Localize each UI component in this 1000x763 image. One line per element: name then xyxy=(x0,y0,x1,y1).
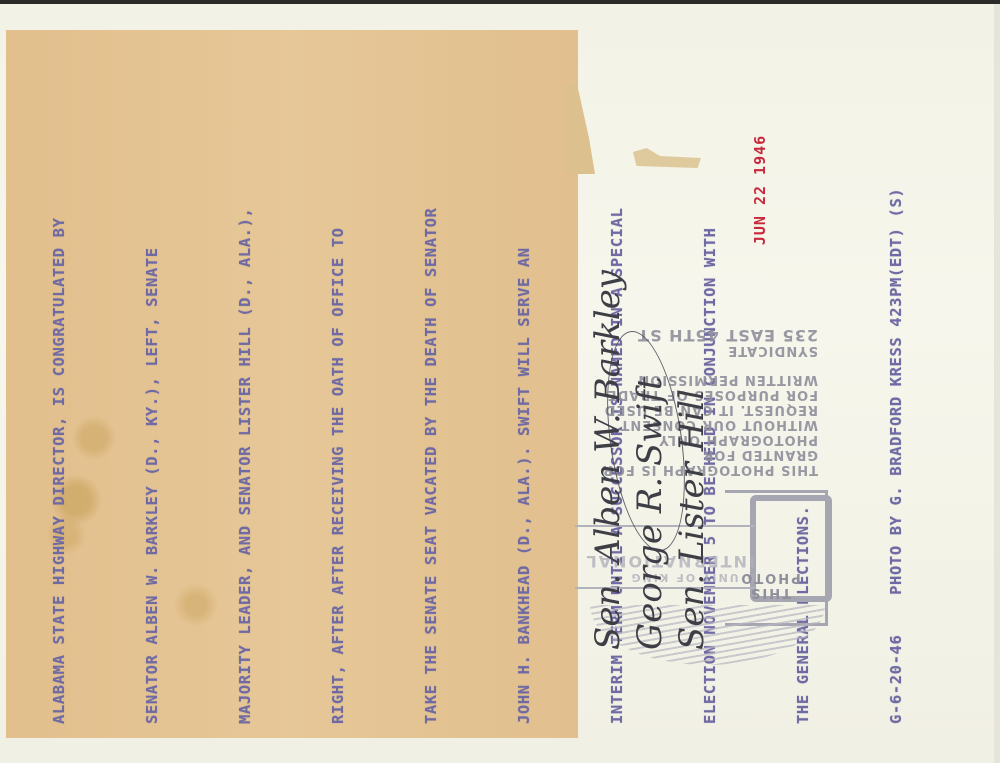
photo-right-edge xyxy=(994,4,1000,763)
date-stamp: JUN 22 1946 xyxy=(751,135,769,245)
handwritten-names: Sen. Alben W. Barkley George R. Swift Se… xyxy=(587,270,713,650)
handwritten-name: George R. Swift xyxy=(629,270,671,650)
caption-line: RIGHT, AFTER AFTER RECEIVING THE OATH OF… xyxy=(323,44,354,724)
caption-line: SENATOR ALBEN W. BARKLEY (D., KY.), LEFT… xyxy=(137,44,168,724)
caption-line: G-6-20-46 PHOTO BY G. BRADFORD KRESS 423… xyxy=(881,44,912,724)
caption-slip: H132..WATCH YOUR CREDIT...INTERNATIONAL … xyxy=(6,30,578,738)
caption-line: ALABAMA STATE HIGHWAY DIRECTOR, IS CONGR… xyxy=(44,44,75,724)
stamp-photo-label: THIS PHOTO xyxy=(725,570,815,600)
caption-line: JOHN H. BANKHEAD (D., ALA.). SWIFT WILL … xyxy=(509,44,540,724)
caption-line: MAJORITY LEADER, AND SENATOR LISTER HILL… xyxy=(230,44,261,724)
caption-line: TAKE THE SENATE SEAT VACATED BY THE DEAT… xyxy=(416,44,447,724)
handwritten-name: Sen. Alben W. Barkley xyxy=(587,270,629,650)
handwritten-name: Sen. Lister Hill xyxy=(671,270,713,650)
